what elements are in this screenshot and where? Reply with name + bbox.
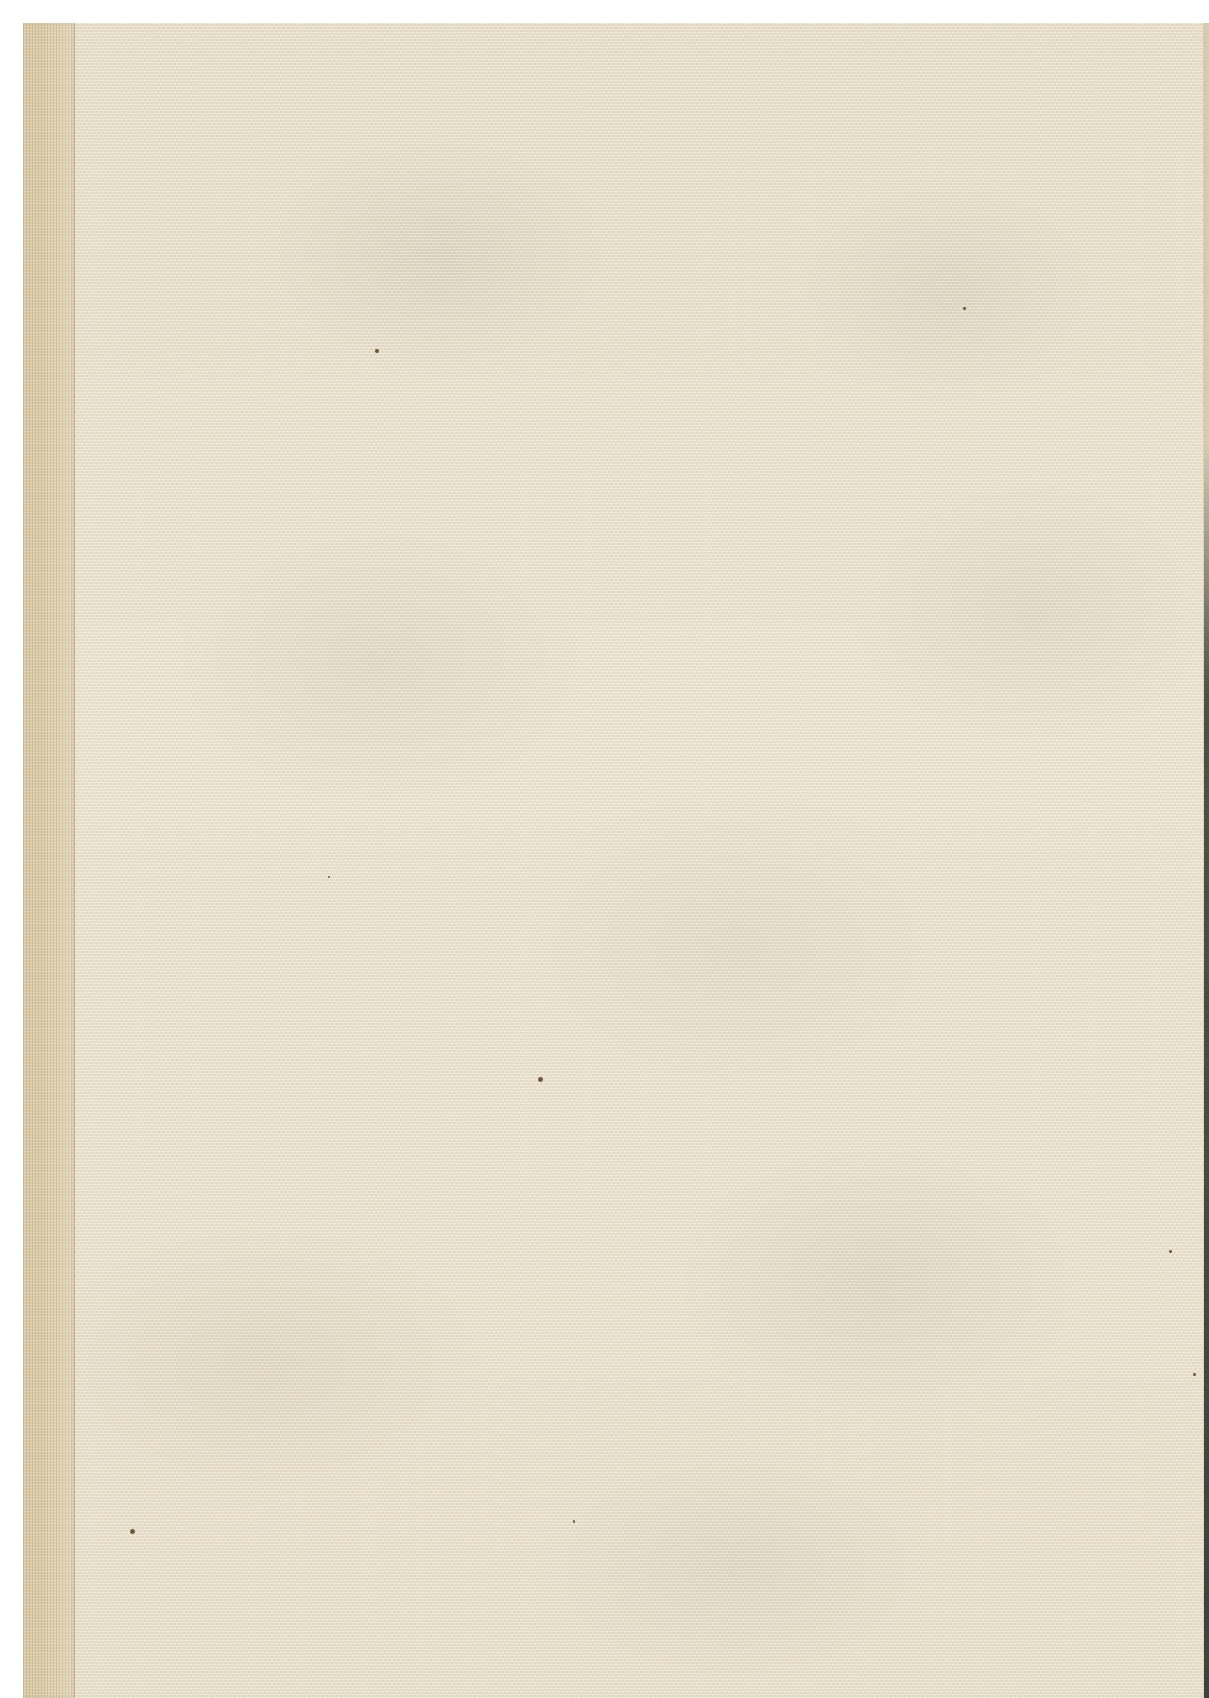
stain-speck <box>375 349 379 353</box>
stain-speck <box>1169 1250 1172 1253</box>
stain-speck <box>963 307 966 310</box>
spine-hinge <box>23 23 75 1698</box>
stain-speck <box>328 876 330 878</box>
cover-right-edge-shadow <box>1204 443 1209 1698</box>
stain-speck <box>573 1520 575 1523</box>
stain-speck <box>538 1077 543 1082</box>
stain-speck <box>130 1529 135 1534</box>
book-cover <box>23 23 1209 1698</box>
stain-speck <box>1193 1373 1196 1376</box>
